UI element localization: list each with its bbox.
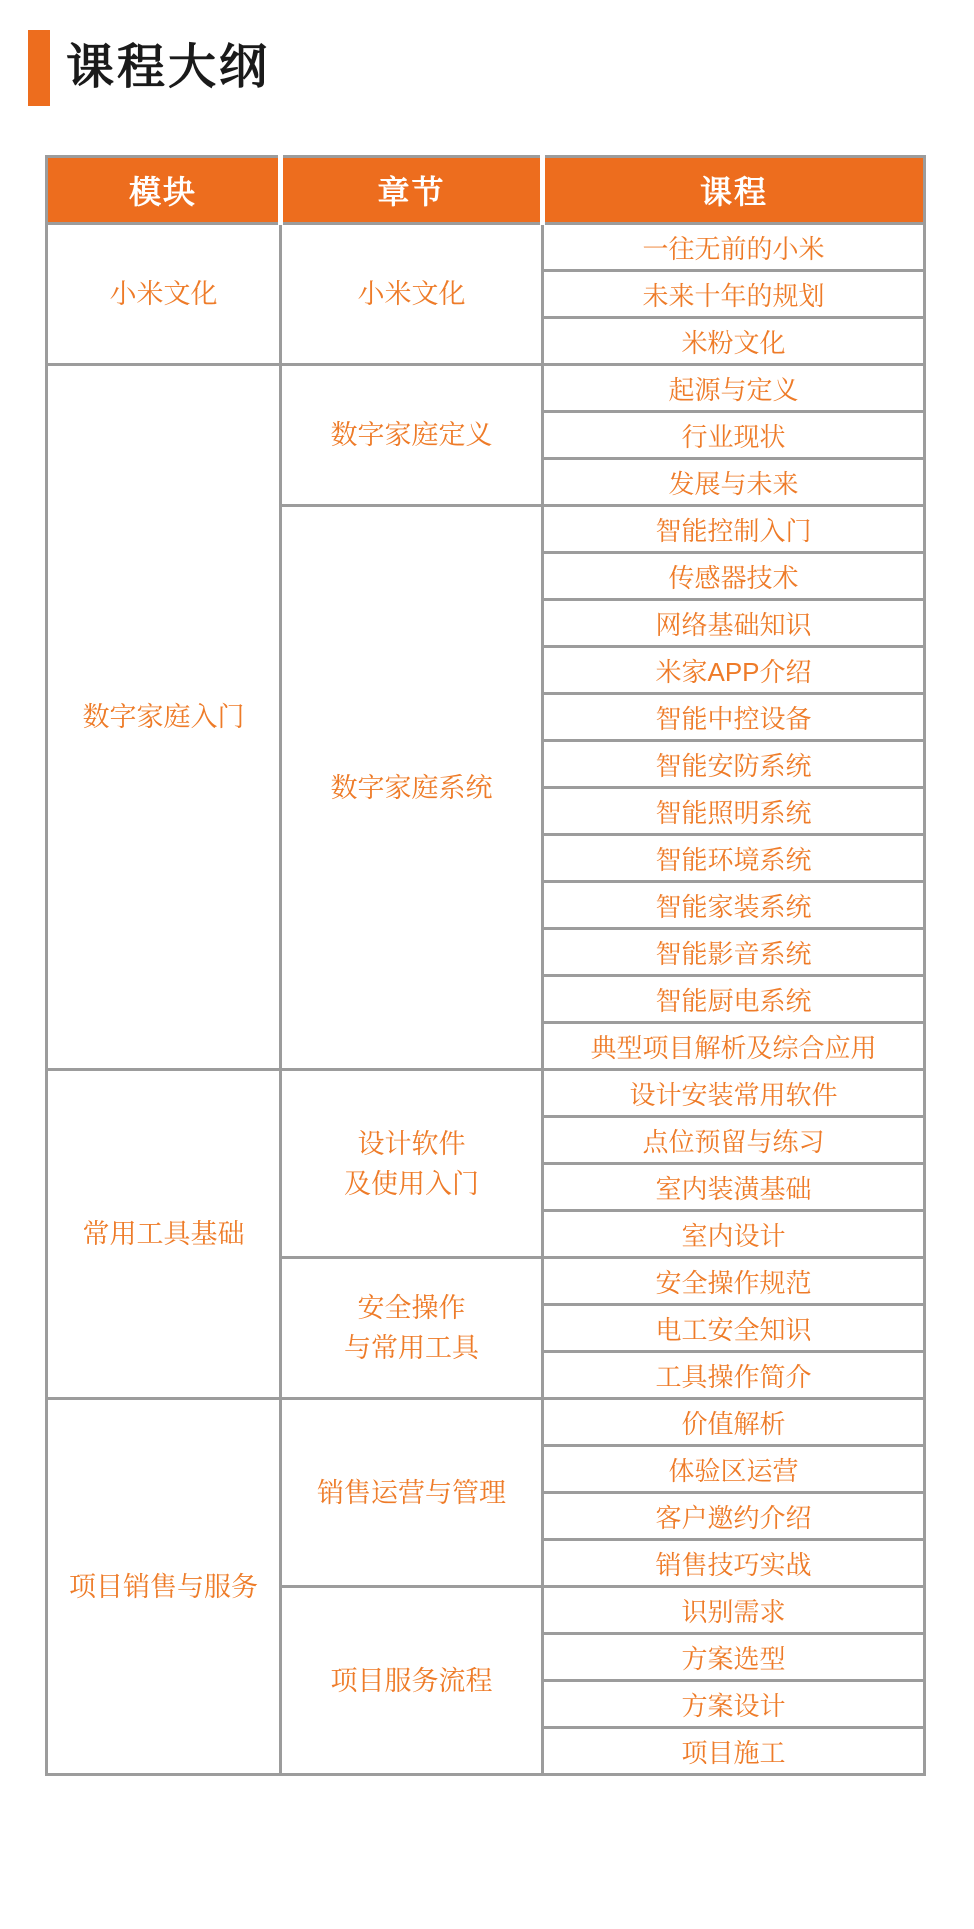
table-body: 小米文化小米文化一往无前的小米未来十年的规划米粉文化数字家庭入门数字家庭定义起源… xyxy=(47,224,925,1775)
chapter-cell: 项目服务流程 xyxy=(281,1587,543,1775)
course-cell: 方案设计 xyxy=(543,1681,925,1728)
col-header-module: 模块 xyxy=(47,157,281,224)
course-cell: 智能控制入门 xyxy=(543,506,925,553)
chapter-cell: 小米文化 xyxy=(281,224,543,365)
course-cell: 销售技巧实战 xyxy=(543,1540,925,1587)
course-cell: 未来十年的规划 xyxy=(543,271,925,318)
course-cell: 智能中控设备 xyxy=(543,694,925,741)
module-cell: 项目销售与服务 xyxy=(47,1399,281,1775)
course-cell: 发展与未来 xyxy=(543,459,925,506)
module-cell: 常用工具基础 xyxy=(47,1070,281,1399)
course-cell: 工具操作简介 xyxy=(543,1352,925,1399)
course-cell: 智能家装系统 xyxy=(543,882,925,929)
course-cell: 安全操作规范 xyxy=(543,1258,925,1305)
chapter-cell: 数字家庭定义 xyxy=(281,365,543,506)
course-cell: 智能安防系统 xyxy=(543,741,925,788)
course-cell: 点位预留与练习 xyxy=(543,1117,925,1164)
col-header-course: 课程 xyxy=(543,157,925,224)
course-row: 小米文化小米文化一往无前的小米 xyxy=(47,224,925,271)
course-cell: 设计安装常用软件 xyxy=(543,1070,925,1117)
course-cell: 方案选型 xyxy=(543,1634,925,1681)
table-header-row: 模块 章节 课程 xyxy=(47,157,925,224)
course-cell: 体验区运营 xyxy=(543,1446,925,1493)
course-cell: 典型项目解析及综合应用 xyxy=(543,1023,925,1070)
page: 课程大纲 模块 章节 课程 小米文化小米文化一往无前的小米未来十年的规划米粉文化… xyxy=(0,0,974,1929)
course-cell: 米家APP介绍 xyxy=(543,647,925,694)
title-accent-bar xyxy=(28,30,50,106)
module-cell: 小米文化 xyxy=(47,224,281,365)
course-cell: 网络基础知识 xyxy=(543,600,925,647)
course-cell: 智能影音系统 xyxy=(543,929,925,976)
chapter-cell: 设计软件 及使用入门 xyxy=(281,1070,543,1258)
course-cell: 室内设计 xyxy=(543,1211,925,1258)
course-cell: 起源与定义 xyxy=(543,365,925,412)
course-row: 常用工具基础设计软件 及使用入门设计安装常用软件 xyxy=(47,1070,925,1117)
course-cell: 智能环境系统 xyxy=(543,835,925,882)
course-cell: 客户邀约介绍 xyxy=(543,1493,925,1540)
course-outline-table: 模块 章节 课程 小米文化小米文化一往无前的小米未来十年的规划米粉文化数字家庭入… xyxy=(45,155,926,1776)
course-cell: 识别需求 xyxy=(543,1587,925,1634)
module-cell: 数字家庭入门 xyxy=(47,365,281,1070)
chapter-cell: 销售运营与管理 xyxy=(281,1399,543,1587)
course-cell: 项目施工 xyxy=(543,1728,925,1775)
chapter-cell: 安全操作 与常用工具 xyxy=(281,1258,543,1399)
page-title: 课程大纲 xyxy=(66,30,270,106)
course-cell: 米粉文化 xyxy=(543,318,925,365)
course-cell: 行业现状 xyxy=(543,412,925,459)
course-cell: 智能厨电系统 xyxy=(543,976,925,1023)
course-cell: 传感器技术 xyxy=(543,553,925,600)
course-cell: 一往无前的小米 xyxy=(543,224,925,271)
course-cell: 室内装潢基础 xyxy=(543,1164,925,1211)
course-cell: 电工安全知识 xyxy=(543,1305,925,1352)
course-cell: 价值解析 xyxy=(543,1399,925,1446)
course-row: 项目销售与服务销售运营与管理价值解析 xyxy=(47,1399,925,1446)
col-header-chapter: 章节 xyxy=(281,157,543,224)
title-block: 课程大纲 xyxy=(28,30,974,106)
chapter-cell: 数字家庭系统 xyxy=(281,506,543,1070)
course-cell: 智能照明系统 xyxy=(543,788,925,835)
course-row: 数字家庭入门数字家庭定义起源与定义 xyxy=(47,365,925,412)
